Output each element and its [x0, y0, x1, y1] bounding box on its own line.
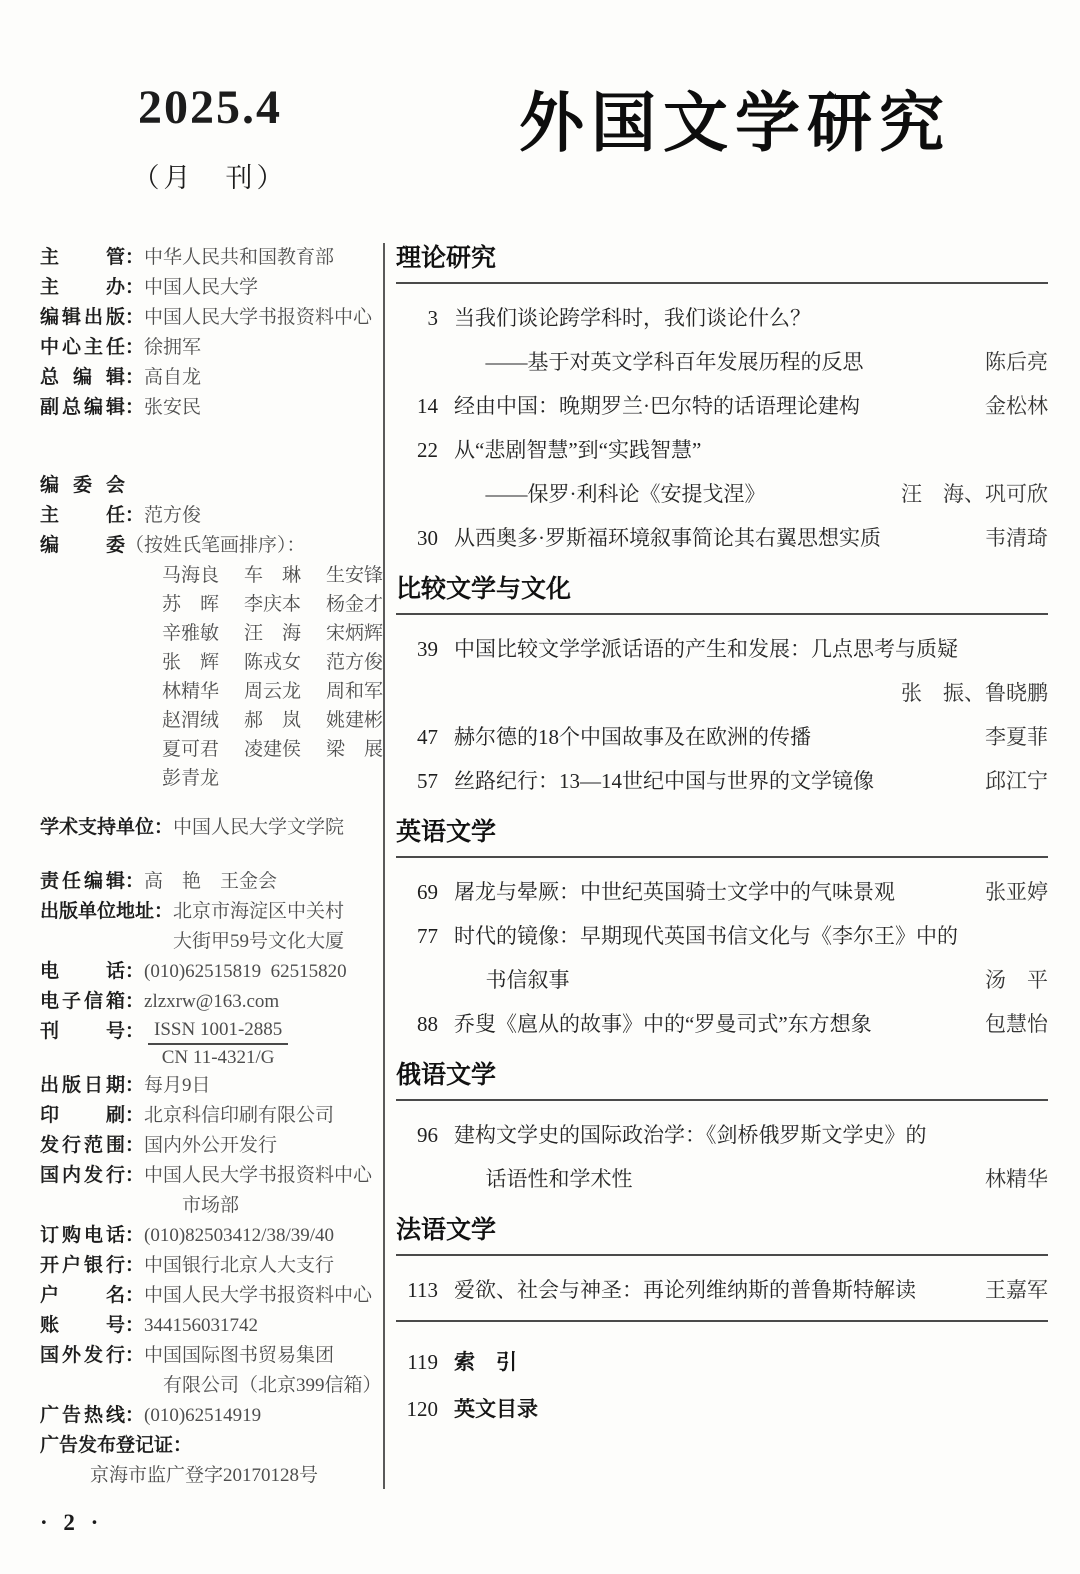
toc-author: 李夏菲	[985, 723, 1048, 751]
toc-line: 书信叙事汤 平	[396, 966, 1048, 994]
info-value: 徐拥军	[144, 333, 378, 363]
editorial-board-rows: 主任：范方俊编委（按姓氏笔画排序）：	[40, 501, 378, 561]
member-row: 辛雅敏汪 海宋炳辉	[162, 619, 378, 648]
info-label: 主任	[40, 501, 125, 531]
toc-page-number: 120	[396, 1395, 438, 1423]
info-value: 国内外公开发行	[144, 1131, 378, 1161]
member-name: 林精华	[162, 677, 219, 706]
info-value: (010)62515819 62515820	[144, 957, 378, 987]
toc-line: 113爱欲、社会与神圣：再论列维纳斯的普鲁斯特解读王嘉军	[396, 1276, 1048, 1304]
info-label-colon: ：	[125, 273, 144, 303]
member-name: 赵渭绒	[162, 706, 219, 735]
page-number-footer: · 2 ·	[40, 1510, 103, 1536]
info-value: 北京科信印刷有限公司	[144, 1101, 378, 1131]
toc-line: 张 振、鲁晓鹏	[396, 679, 1048, 707]
info-row: 广告发布登记证：	[40, 1431, 378, 1461]
toc-page-number: 69	[396, 878, 438, 906]
toc-title: ——保罗·利科论《安提戈涅》	[454, 480, 887, 508]
info-value: 张安民	[144, 393, 378, 423]
toc-page-number: 119	[396, 1348, 438, 1376]
issue-frequency: （月 刊）	[60, 156, 360, 195]
toc-line: 22从“悲剧智慧”到“实践智慧”	[396, 436, 1048, 464]
member-name: 苏 晖	[162, 590, 219, 619]
member-row: 苏 晖李庆本杨金才	[162, 590, 378, 619]
info-label: 主管	[40, 243, 125, 273]
issn-cn-fraction: ISSN 1001-2885CN 11-4321/G	[148, 1017, 288, 1071]
info-label-colon: ：	[125, 1161, 144, 1191]
info-label: 电话	[40, 957, 125, 987]
info-value: 高自龙	[144, 363, 378, 393]
info-label-colon: ：	[173, 1431, 192, 1461]
info-value: （按姓氏笔画排序）：	[125, 531, 378, 561]
member-row: 张 辉陈戎女范方俊	[162, 648, 378, 677]
info-label: 出版日期	[40, 1071, 125, 1101]
member-name: 周云龙	[244, 677, 301, 706]
toc-title: ——基于对英文学科百年发展历程的反思	[454, 348, 971, 376]
toc-title: 英文目录	[454, 1396, 1048, 1424]
info-label-colon: ：	[154, 813, 173, 843]
info-value: 中国人民大学书报资料中心	[144, 303, 378, 333]
toc-section-title: 俄语文学	[396, 1060, 1048, 1101]
info-row: 学术支持单位：中国人民大学文学院	[40, 813, 378, 843]
toc-page-number: 22	[396, 436, 438, 464]
member-name: 辛雅敏	[162, 619, 219, 648]
info-label-colon: ：	[125, 1221, 144, 1251]
info-label-colon: ：	[125, 867, 144, 897]
toc-author: 金松林	[985, 392, 1048, 420]
member-row: 夏可君凌建侯梁 展	[162, 735, 378, 764]
member-name: 生安锋	[326, 561, 383, 590]
info-label: 中心主任	[40, 333, 125, 363]
info-row: 广告热线：(010)62514919	[40, 1401, 378, 1431]
member-name: 杨金才	[326, 590, 383, 619]
info-value: zlzxrw@163.com	[144, 987, 378, 1017]
info-label: 电子信箱	[40, 987, 125, 1017]
info-row: 主办：中国人民大学	[40, 273, 378, 303]
toc-title: 时代的镜像：早期现代英国书信文化与《李尔王》中的	[454, 922, 1048, 950]
info-label: 广告热线	[40, 1401, 125, 1431]
info-label: 账号	[40, 1311, 125, 1341]
member-row: 林精华周云龙周和军	[162, 677, 378, 706]
info-row: 责任编辑：高 艳 王金会	[40, 867, 378, 897]
toc-author: 张 振、鲁晓鹏	[901, 679, 1048, 707]
info-label: 国外发行	[40, 1341, 125, 1371]
toc-line: ——基于对英文学科百年发展历程的反思陈后亮	[396, 348, 1048, 376]
info-row: 主任：范方俊	[40, 501, 378, 531]
info-row: 账号：344156031742	[40, 1311, 378, 1341]
toc-author: 包慧怡	[985, 1010, 1048, 1038]
info-row: 刊号：ISSN 1001-2885CN 11-4321/G	[40, 1017, 378, 1071]
info-label-colon: ：	[154, 897, 173, 927]
toc-line: 47赫尔德的18个中国故事及在欧洲的传播李夏菲	[396, 723, 1048, 751]
editorial-board-header-row: 编委会	[40, 471, 378, 501]
toc-section-title: 比较文学与文化	[396, 574, 1048, 615]
toc-section: 法语文学113爱欲、社会与神圣：再论列维纳斯的普鲁斯特解读王嘉军	[396, 1215, 1048, 1304]
toc-section-title: 法语文学	[396, 1215, 1048, 1256]
info-label-colon: ：	[125, 1101, 144, 1131]
info-value: 中国人民大学文学院	[173, 813, 378, 843]
info-label: 广告发布登记证	[40, 1431, 173, 1461]
info-row: 发行范围：国内外公开发行	[40, 1131, 378, 1161]
info-label-colon: ：	[125, 243, 144, 273]
info-label: 发行范围	[40, 1131, 125, 1161]
info-label-colon: ：	[125, 363, 144, 393]
table-of-contents: 理论研究3当我们谈论跨学科时，我们谈论什么？——基于对英文学科百年发展历程的反思…	[396, 243, 1048, 1442]
info-value: 中国人民大学	[144, 273, 378, 303]
info-label-colon: ：	[125, 303, 144, 333]
member-name: 陈戎女	[244, 648, 301, 677]
column-divider	[383, 243, 385, 1489]
toc-line: 88乔叟《扈从的故事》中的“罗曼司式”东方想象包慧怡	[396, 1010, 1048, 1038]
toc-line: 30从西奥多·罗斯福环境叙事简论其右翼思想实质韦清琦	[396, 524, 1048, 552]
info-label: 印刷	[40, 1101, 125, 1131]
info-label: 出版单位地址	[40, 897, 154, 927]
publication-details-block: 责任编辑：高 艳 王金会出版单位地址：北京市海淀区中关村 大街甲59号文化大厦电…	[40, 867, 378, 1491]
toc-page-number: 96	[396, 1121, 438, 1149]
toc-page-number: 88	[396, 1010, 438, 1038]
toc-line: 话语性和学术性林精华	[396, 1165, 1048, 1193]
info-label-colon: ：	[125, 1071, 144, 1101]
toc-section-title: 理论研究	[396, 243, 1048, 284]
info-value: 每月9日	[144, 1071, 378, 1101]
toc-section: 英语文学69屠龙与晕厥：中世纪英国骑士文学中的气味景观张亚婷77时代的镜像：早期…	[396, 817, 1048, 1038]
member-name: 姚建彬	[326, 706, 383, 735]
info-label: 国内发行	[40, 1161, 125, 1191]
toc-title: 爱欲、社会与神圣：再论列维纳斯的普鲁斯特解读	[454, 1276, 971, 1304]
toc-line: ——保罗·利科论《安提戈涅》汪 海、巩可欣	[396, 480, 1048, 508]
info-label: 主办	[40, 273, 125, 303]
info-label: 编辑出版	[40, 303, 125, 333]
editorial-board-header: 编委会	[40, 471, 125, 501]
member-name: 夏可君	[162, 735, 219, 764]
info-label-colon: ：	[125, 1251, 144, 1281]
info-row: 国内发行：中国人民大学书报资料中心 市场部	[40, 1161, 378, 1221]
spacer	[40, 843, 378, 867]
toc-line: 119索 引	[396, 1348, 1048, 1377]
issn-number: ISSN 1001-2885	[148, 1017, 288, 1045]
info-row: 印刷：北京科信印刷有限公司	[40, 1101, 378, 1131]
toc-author: 林精华	[985, 1165, 1048, 1193]
toc-title: 中国比较文学学派话语的产生和发展：几点思考与质疑	[454, 635, 1048, 663]
toc-author: 张亚婷	[985, 878, 1048, 906]
toc-line: 96建构文学史的国际政治学：《剑桥俄罗斯文学史》的	[396, 1121, 1048, 1149]
toc-title: 丝路纪行：13—14世纪中国与世界的文学镜像	[454, 767, 971, 795]
toc-page-number: 57	[396, 767, 438, 795]
info-row: 户名：中国人民大学书报资料中心	[40, 1281, 378, 1311]
issue-number: 2025.4	[60, 80, 360, 135]
toc-title: 从“悲剧智慧”到“实践智慧”	[454, 436, 1048, 464]
info-value: 中国国际图书贸易集团 有限公司（北京399信箱）	[144, 1341, 378, 1401]
info-row: 开户银行：中国银行北京人大支行	[40, 1251, 378, 1281]
info-label-colon: ：	[125, 393, 144, 423]
toc-line: 57丝路纪行：13—14世纪中国与世界的文学镜像邱江宁	[396, 767, 1048, 795]
info-label-colon: ：	[125, 987, 144, 1017]
academic-support-block: 学术支持单位：中国人民大学文学院	[40, 813, 378, 843]
member-row: 马海良车 琳生安锋	[162, 561, 378, 590]
member-name: 张 辉	[162, 648, 219, 677]
info-label-colon: ：	[125, 1341, 144, 1371]
toc-author: 韦清琦	[985, 524, 1048, 552]
info-value: 中国人民大学书报资料中心 市场部	[144, 1161, 378, 1221]
editorial-board-members: 马海良车 琳生安锋苏 晖李庆本杨金才辛雅敏汪 海宋炳辉张 辉陈戎女范方俊林精华周…	[40, 561, 378, 793]
info-label-colon: ：	[125, 1131, 144, 1161]
info-label: 编委	[40, 531, 125, 561]
toc-title: 赫尔德的18个中国故事及在欧洲的传播	[454, 723, 971, 751]
member-name: 宋炳辉	[326, 619, 383, 648]
toc-author: 汪 海、巩可欣	[901, 480, 1048, 508]
toc-page-number: 39	[396, 635, 438, 663]
info-label-colon: ：	[125, 1281, 144, 1311]
info-label-colon: ：	[125, 501, 144, 531]
toc-line: 69屠龙与晕厥：中世纪英国骑士文学中的气味景观张亚婷	[396, 878, 1048, 906]
info-label: 户名	[40, 1281, 125, 1311]
member-name: 梁 展	[326, 735, 383, 764]
info-row: 订购电话：(010)82503412/38/39/40	[40, 1221, 378, 1251]
member-name: 周和军	[326, 677, 383, 706]
info-row: 总编辑：高自龙	[40, 363, 378, 393]
member-name: 凌建侯	[244, 735, 301, 764]
info-label: 刊号	[40, 1017, 125, 1047]
toc-line: 39中国比较文学学派话语的产生和发展：几点思考与质疑	[396, 635, 1048, 663]
toc-section: 俄语文学96建构文学史的国际政治学：《剑桥俄罗斯文学史》的话语性和学术性林精华	[396, 1060, 1048, 1193]
info-row: 电子信箱：zlzxrw@163.com	[40, 987, 378, 1017]
toc-line: 77时代的镜像：早期现代英国书信文化与《李尔王》中的	[396, 922, 1048, 950]
info-row: 国外发行：中国国际图书贸易集团 有限公司（北京399信箱）	[40, 1341, 378, 1401]
member-name: 彭青龙	[162, 764, 222, 793]
toc-author: 邱江宁	[985, 767, 1048, 795]
info-label: 责任编辑	[40, 867, 125, 897]
toc-page-number: 3	[396, 304, 438, 332]
cn-number: CN 11-4321/G	[148, 1045, 288, 1071]
toc-section: 理论研究3当我们谈论跨学科时，我们谈论什么？——基于对英文学科百年发展历程的反思…	[396, 243, 1048, 552]
member-name: 车 琳	[244, 561, 301, 590]
info-label: 开户银行	[40, 1251, 125, 1281]
toc-page-number: 77	[396, 922, 438, 950]
info-value: (010)82503412/38/39/40	[144, 1221, 378, 1251]
spacer	[40, 423, 378, 471]
info-row: 出版日期：每月9日	[40, 1071, 378, 1101]
info-label-colon: ：	[125, 333, 144, 363]
member-name: 汪 海	[244, 619, 301, 648]
info-label: 学术支持单位	[40, 813, 154, 843]
toc-author: 王嘉军	[985, 1276, 1048, 1304]
info-label: 订购电话	[40, 1221, 125, 1251]
toc-title: 索 引	[454, 1349, 1048, 1377]
spacer	[40, 793, 378, 813]
info-row: 中心主任：徐拥军	[40, 333, 378, 363]
info-value: (010)62514919	[144, 1401, 378, 1431]
info-row: 主管：中华人民共和国教育部	[40, 243, 378, 273]
journal-title: 外国文学研究	[420, 70, 1050, 164]
info-label-colon: ：	[125, 1311, 144, 1341]
toc-section: 比较文学与文化39中国比较文学学派话语的产生和发展：几点思考与质疑张 振、鲁晓鹏…	[396, 574, 1048, 795]
info-row: 编辑出版：中国人民大学书报资料中心	[40, 303, 378, 333]
publication-info-column: 主管：中华人民共和国教育部主办：中国人民大学编辑出版：中国人民大学书报资料中心中…	[40, 243, 378, 1491]
info-label-colon: ：	[125, 1017, 144, 1047]
toc-title: 经由中国：晚期罗兰·巴尔特的话语理论建构	[454, 392, 971, 420]
toc-title: 屠龙与晕厥：中世纪英国骑士文学中的气味景观	[454, 878, 971, 906]
toc-title: 乔叟《扈从的故事》中的“罗曼司式”东方想象	[454, 1010, 971, 1038]
toc-title: 建构文学史的国际政治学：《剑桥俄罗斯文学史》的	[454, 1121, 1048, 1149]
info-label-colon: ：	[125, 957, 144, 987]
info-row: 电话：(010)62515819 62515820	[40, 957, 378, 987]
member-name: 郝 岚	[244, 706, 301, 735]
member-row: 赵渭绒郝 岚姚建彬	[162, 706, 378, 735]
toc-title: 从西奥多·罗斯福环境叙事简论其右翼思想实质	[454, 524, 971, 552]
toc-page-number: 113	[396, 1276, 438, 1304]
toc-title: 书信叙事	[454, 966, 971, 994]
toc-line: 14经由中国：晚期罗兰·巴尔特的话语理论建构金松林	[396, 392, 1048, 420]
info-value: 北京市海淀区中关村 大街甲59号文化大厦	[173, 897, 378, 957]
member-row: 彭青龙	[162, 764, 378, 793]
info-value: 中华人民共和国教育部	[144, 243, 378, 273]
info-label: 总编辑	[40, 363, 125, 393]
info-row: 京海市监广登字20170128号	[40, 1461, 378, 1491]
info-value: 京海市监广登字20170128号	[90, 1461, 378, 1491]
member-name: 马海良	[162, 561, 219, 590]
toc-title: 话语性和学术性	[454, 1165, 971, 1193]
member-name: 李庆本	[244, 590, 301, 619]
info-label: 副总编辑	[40, 393, 125, 423]
info-row: 编委（按姓氏笔画排序）：	[40, 531, 378, 561]
toc-page-number: 14	[396, 392, 438, 420]
member-name: 范方俊	[326, 648, 383, 677]
info-value: 中国银行北京人大支行	[144, 1251, 378, 1281]
info-row: 出版单位地址：北京市海淀区中关村 大街甲59号文化大厦	[40, 897, 378, 957]
toc-line: 3当我们谈论跨学科时，我们谈论什么？	[396, 304, 1048, 332]
info-row: 副总编辑：张安民	[40, 393, 378, 423]
info-value: 范方俊	[144, 501, 378, 531]
publisher-info-block: 主管：中华人民共和国教育部主办：中国人民大学编辑出版：中国人民大学书报资料中心中…	[40, 243, 378, 423]
toc-author: 汤 平	[985, 966, 1048, 994]
info-label-colon: ：	[125, 1401, 144, 1431]
info-value: 中国人民大学书报资料中心	[144, 1281, 378, 1311]
toc-backmatter: 119索 引120英文目录	[396, 1320, 1048, 1424]
info-value: 高 艳 王金会	[144, 867, 378, 897]
toc-section-title: 英语文学	[396, 817, 1048, 858]
toc-line: 120英文目录	[396, 1395, 1048, 1424]
info-value: 344156031742	[144, 1311, 378, 1341]
toc-title: 当我们谈论跨学科时，我们谈论什么？	[454, 304, 1048, 332]
toc-page-number: 30	[396, 524, 438, 552]
journal-toc-page: 2025.4 （月 刊） 外国文学研究 主管：中华人民共和国教育部主办：中国人民…	[0, 0, 1080, 1574]
toc-page-number: 47	[396, 723, 438, 751]
toc-author: 陈后亮	[985, 348, 1048, 376]
